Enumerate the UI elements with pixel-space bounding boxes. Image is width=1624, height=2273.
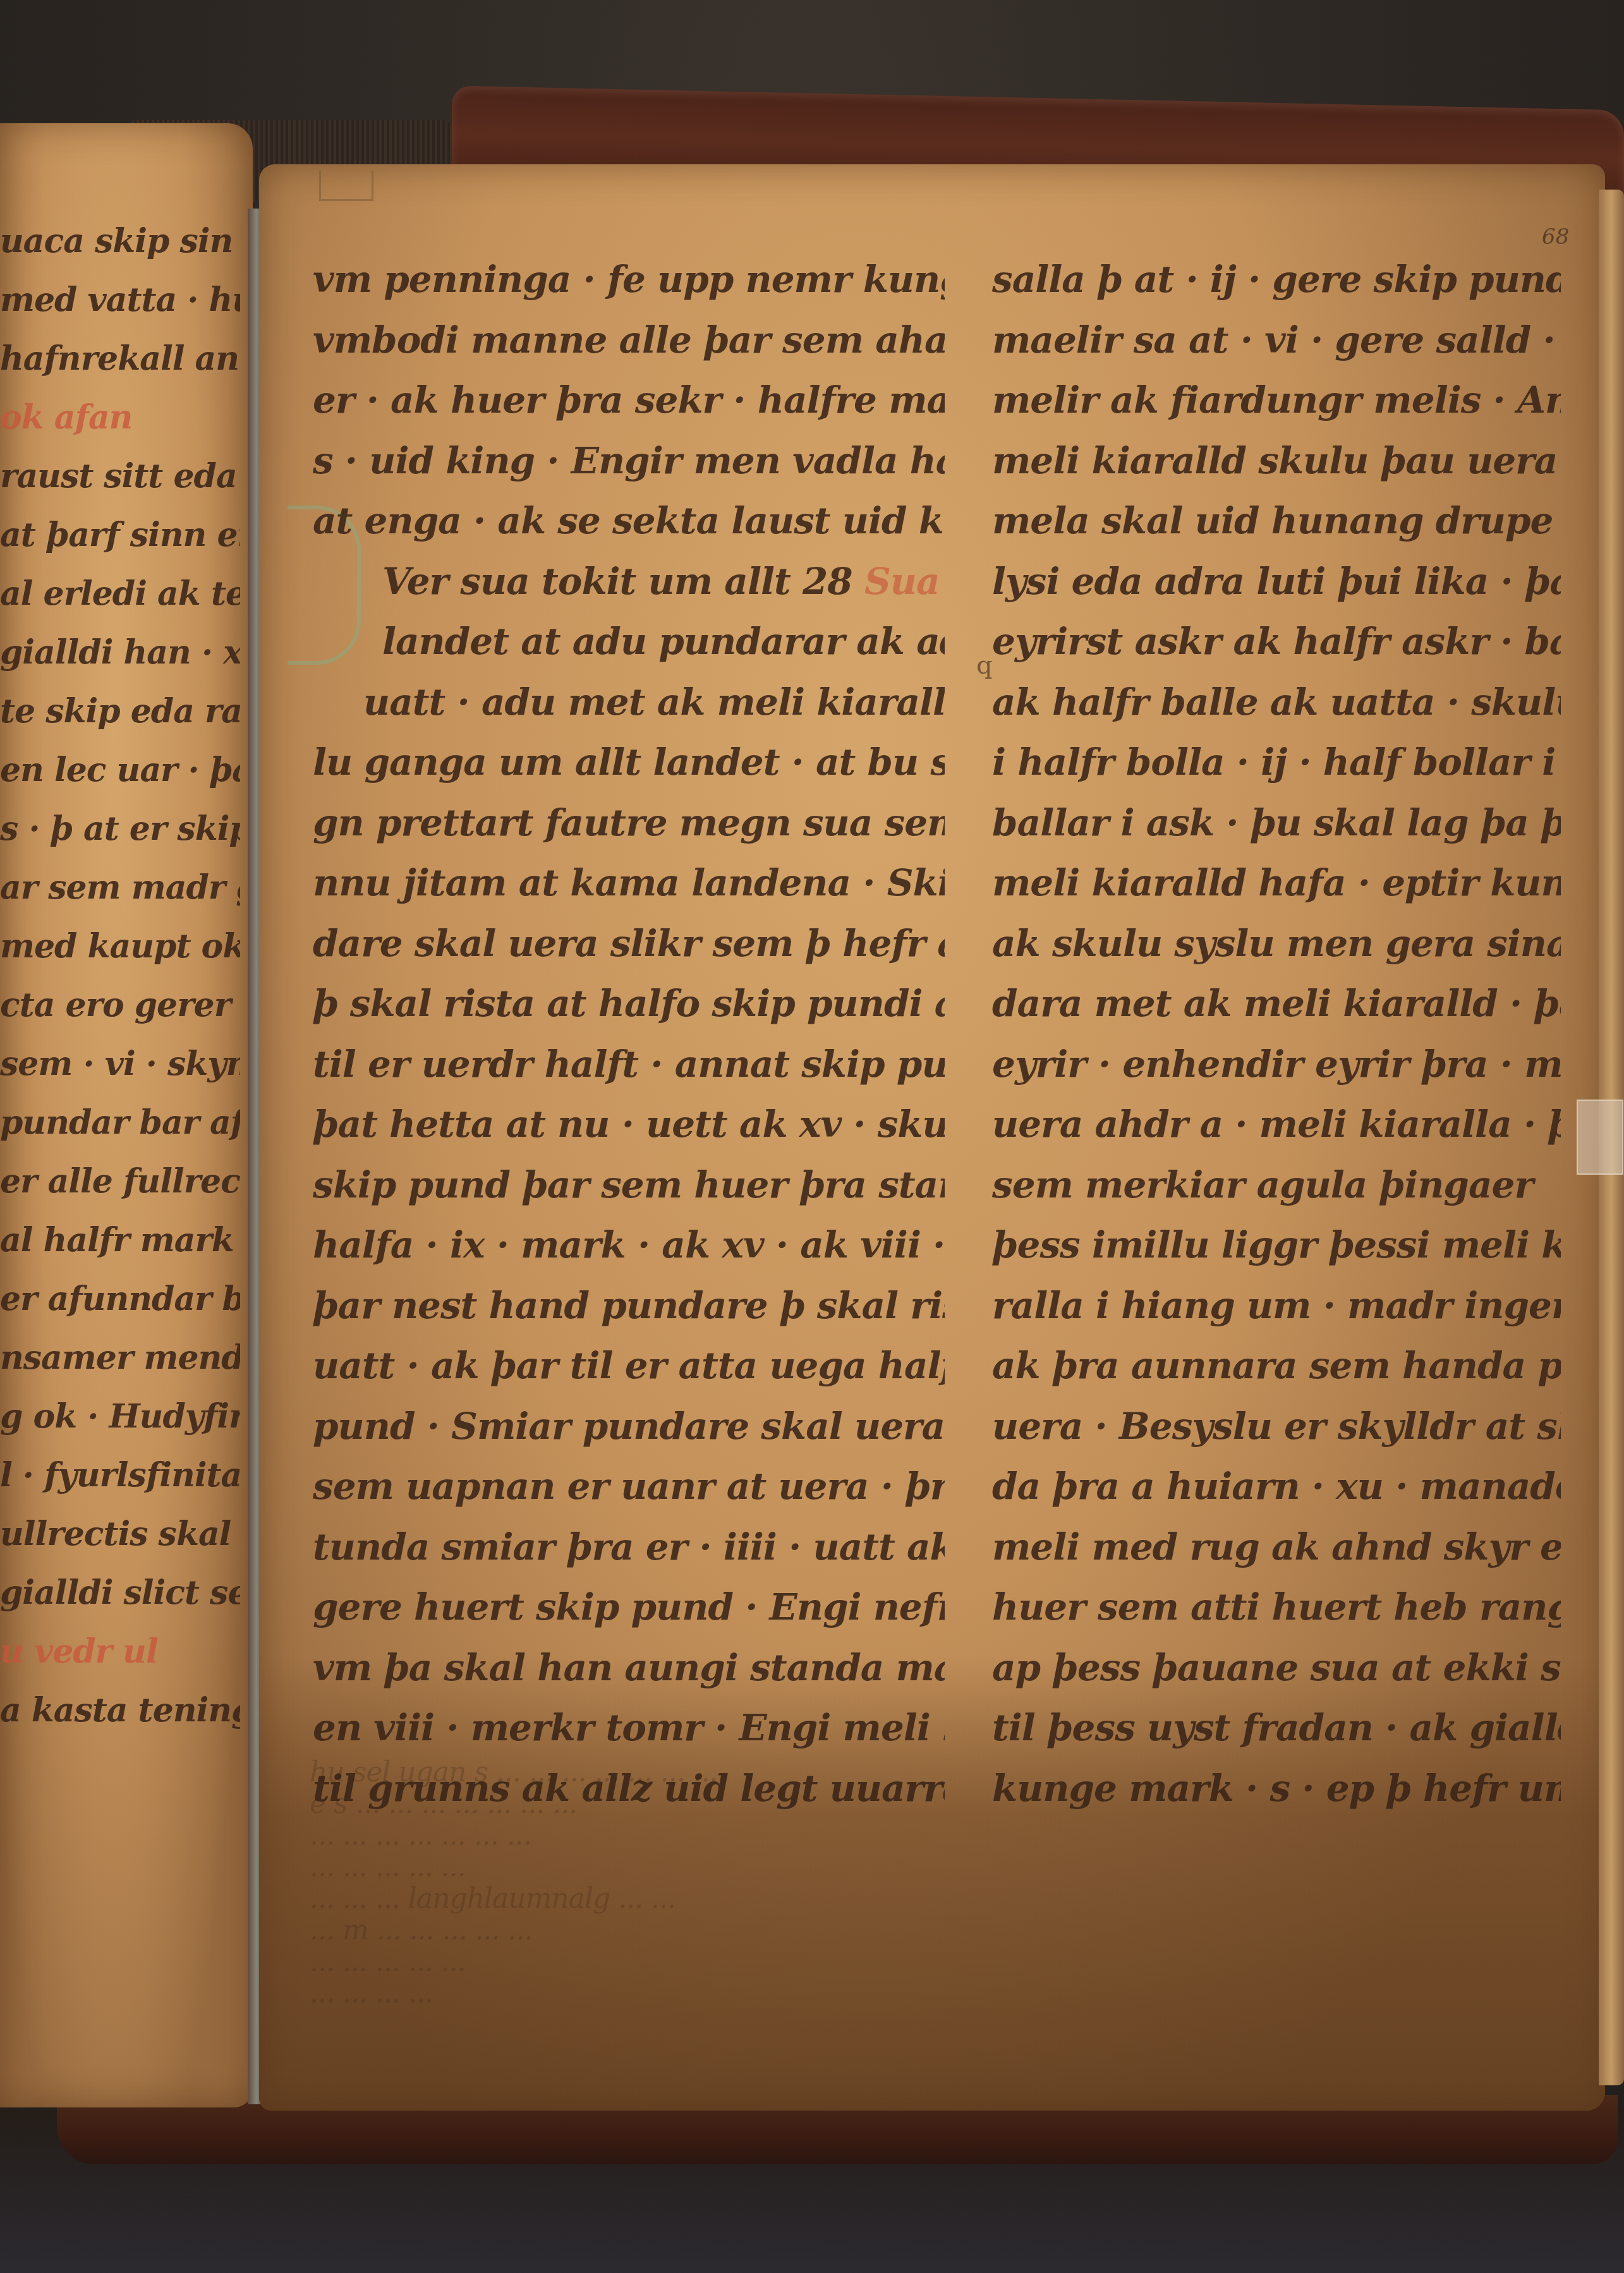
text-line: s · uid king · Engir men vadla hafe (313, 431, 945, 492)
text-line: vmbodi manne alle þar sem ahardi (313, 310, 945, 371)
text-line: gn prettart fautre megn sua sem þr ku (313, 793, 945, 854)
text-line: landet at adu pundarar ak adu (313, 612, 945, 672)
text-line: a kasta teningo (0, 1681, 240, 1740)
text-line: er afunndar bar (0, 1270, 240, 1328)
text-line: ballar i ask · þu skal lag þa þessi (992, 793, 1561, 854)
text-line: þ skal rista at halfo skip pundi ak þar (313, 974, 945, 1034)
text-line: maelir sa at · vi · gere salld · halfr (992, 310, 1561, 371)
text-column-b: salla þ at · ij · gere skip pund · ak ma… (992, 250, 1561, 1819)
text-line: at þarf sinn erlet (0, 506, 240, 564)
faded-line: ... ... ... ... ... (310, 1852, 1510, 1883)
text-column-a: vm penninga · fe upp nemr kungr vmbodi m… (313, 250, 945, 1819)
text-line: skip pund þar sem huer þra stande · (313, 1155, 945, 1216)
text-line: til þess uyst fradan · ak gialld (992, 1698, 1561, 1759)
text-line: med kaupt ok u (0, 917, 240, 976)
text-line: er alle fullrectis (0, 1152, 240, 1211)
text-line: g ok · Hudyfir han (0, 1387, 240, 1446)
folio-number: 68 (1542, 224, 1569, 250)
faded-line: e s ... ... ... ... ... ... ... (310, 1788, 1510, 1820)
text-line: s · þ at er skip eda (0, 799, 240, 858)
text-line: en lec uar · þa gial (0, 741, 240, 799)
text-line: uera · Besyslu er skylldr at ska (992, 1397, 1561, 1457)
text-line: vm þa skal han aungi standa marra (313, 1638, 945, 1699)
rubric-line: ok afan (0, 388, 240, 447)
text-line: uatt · ak þar til er atta uega halfr ski… (313, 1336, 945, 1397)
text-line: en viii · merkr tomr · Engi meli kiarall… (313, 1698, 945, 1759)
text-line: sem uapnan er uanr at uera · þriggia (313, 1457, 945, 1517)
text-line: ralla i hiang um · madr ingen lass (992, 1276, 1561, 1337)
text-line: gere huert skip pund · Engi nefr laupr e… (313, 1577, 945, 1638)
text-line: al erledi ak tekr (0, 564, 240, 623)
faded-lower-text: hu sel ugan s ... ... ... ... ... ... ..… (310, 1757, 1510, 2009)
text-line: er · ak huer þra sekr · halfre mark (313, 370, 945, 431)
text-line: mela skal uid hunang drupe eda (992, 491, 1561, 552)
text-line: þat hetta at nu · uett ak xv · skulu ga (313, 1094, 945, 1155)
faded-line: ... ... ... ... (310, 1978, 1510, 2009)
text-line: dare skal uera slikr sem þ hefr adr ueri… (313, 914, 945, 974)
text-line: ullrectis skal (0, 1505, 240, 1563)
text-line: te skip eda rass · (0, 682, 240, 741)
chapter-heading-line: Ver sua tokit um allt 28 Sua ver (313, 552, 945, 612)
text-line: tunda smiar þra er · iiii · uatt ak · xv… (313, 1517, 945, 1578)
text-line: raust sitt eda skip · (0, 447, 240, 506)
repair-tape (1577, 1100, 1623, 1175)
text-line: uaca skip sin · sic (0, 212, 240, 270)
text-line: huer sem atti huert heb rangt (992, 1577, 1561, 1638)
rubric-line: u vedr ul (0, 1622, 240, 1681)
faded-line: ... m ... ... ... ... ... (310, 1915, 1510, 1946)
text-line: nnu jitam at kama landena · Skip pun (313, 853, 945, 914)
text-line: pundar bar afan (0, 1093, 240, 1152)
text-line: da þra a huiarn · xu · manade ak (992, 1457, 1561, 1517)
text-line: lu ganga um allt landet · at bu sk ue me (313, 732, 945, 793)
text-line: gialldi han · xi · aura (0, 623, 240, 682)
text-line: sem merkiar agula þingaer (992, 1155, 1561, 1216)
text-line: dara met ak meli kiaralld · þar (992, 974, 1561, 1034)
text-line: pund · Smiar pundare skal uera slikr (313, 1397, 945, 1457)
text-line: meli kiaralld skulu þau uera er (992, 431, 1561, 492)
text-line: þess imillu liggr þessi meli kia (992, 1215, 1561, 1276)
left-page-text: uaca skip sin · sic med vatta · huer haf… (0, 212, 240, 1740)
page-corner-mark (319, 171, 373, 201)
chapter-number: 28 (803, 560, 852, 603)
text-line: meli med rug ak ahnd skyr eptir (992, 1517, 1561, 1578)
faded-line: ... ... ... ... ... ... ... (310, 1820, 1510, 1852)
text-line: lysi eda adra luti þui lika · þar (992, 552, 1561, 612)
margin-note: q (976, 651, 993, 680)
text-line: meli kiaralld hafa · eptir kungr (992, 853, 1561, 914)
text-line: vm penninga · fe upp nemr kungr (313, 250, 945, 310)
faded-line: ... ... ... ... ... (310, 1946, 1510, 1978)
text-line: uera ahdr a · meli kiaralla · þar (992, 1094, 1561, 1155)
chapter-heading-text: Ver sua tokit um allt (382, 560, 791, 603)
text-line: eyrir · enhendir eyrir þra · mark skal (992, 1034, 1561, 1095)
text-line: ar sem madr ger (0, 858, 240, 917)
text-line: halfa · ix · mark · ak xv · ak viii · er… (313, 1215, 945, 1276)
text-line: ak þra aunnara sem handa pe uand (992, 1336, 1561, 1397)
text-line: eyrirst askr ak halfr askr · balle (992, 612, 1561, 672)
text-line: i halfr bolla · ij · half bollar i balla… (992, 732, 1561, 793)
text-line: ap þess þauane sua at ekki se (992, 1638, 1561, 1699)
text-line: uatt · adu met ak meli kiaralld sku (313, 672, 945, 733)
text-line: med vatta · huer (0, 270, 240, 329)
faded-line: ... ... ... langhlaumnalg ... ... (310, 1883, 1510, 1915)
faded-line: hu sel ugan s ... ... ... ... ... ... ..… (310, 1757, 1510, 1788)
text-line: sem · vi · skynsa (0, 1034, 240, 1093)
text-line: cta ero gerer ak (0, 976, 240, 1034)
text-line: ak skulu syslu men gera sina pun (992, 914, 1561, 974)
text-line: l · fyurlsfinitarnadi (0, 1446, 240, 1505)
text-line: til er uerdr halft · annat skip pund · m… (313, 1034, 945, 1095)
text-line: nsamer mendr (0, 1328, 240, 1387)
text-line: ak halfr balle ak uatta · skulu · ij · f… (992, 672, 1561, 733)
text-line: at enga · ak se sekta laust uid king · (313, 491, 945, 552)
text-line: melir ak fiardungr melis · Annar (992, 370, 1561, 431)
text-line: hafnrekall annar (0, 329, 240, 388)
text-line: al halfr mark (0, 1211, 240, 1270)
text-line: salla þ at · ij · gere skip pund · ak (992, 250, 1561, 310)
text-line: gialldi slict sem (0, 1563, 240, 1622)
text-line: þar nest hand pundare þ skal rista at · … (313, 1276, 945, 1337)
chapter-rubric: Sua ver (864, 560, 945, 603)
